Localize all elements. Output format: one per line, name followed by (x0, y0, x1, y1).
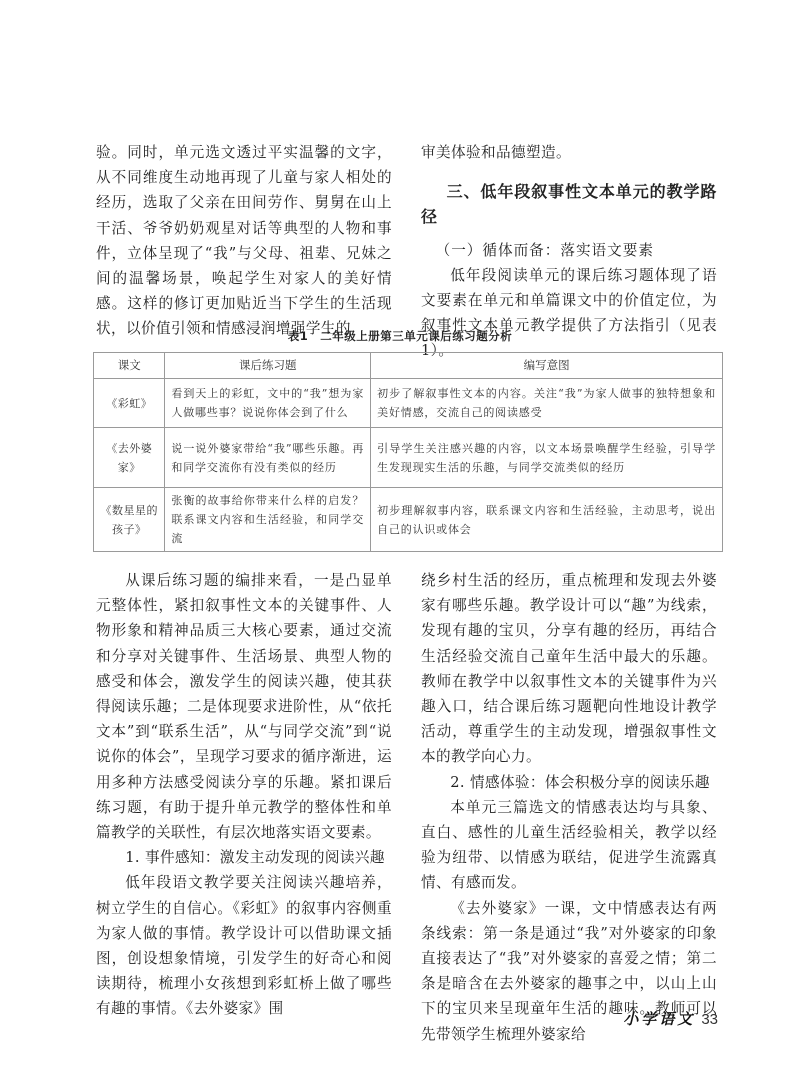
table-header-row: 课文 课后练习题 编写意图 (94, 353, 723, 379)
header-text: 课文 (94, 353, 165, 379)
body-paragraph-continuation: 审美体验和品德塑造。 (421, 140, 717, 165)
left-column-top: 验。同时，单元选文透过平实温馨的文字，从不同维度生动地再现了儿童与家人相处的经历… (96, 140, 392, 342)
subsection-heading: （一）循体而备：落实语文要素 (421, 238, 717, 263)
cell-intent: 引导学生关注感兴趣的内容，以文本场景唤醒学生经验，引导学生发现现实生活的乐趣，与… (371, 428, 723, 488)
header-intent: 编写意图 (371, 353, 723, 379)
body-paragraph: 低年段语文教学要关注阅读兴趣培养，树立学生的自信心。《彩虹》的叙事内容侧重为家人… (96, 870, 392, 1021)
cell-exercise: 说一说外婆家带给“我”哪些乐趣。再和同学交流你有没有类似的经历 (165, 428, 371, 488)
cell-intent: 初步了解叙事性文本的内容。关注“我”为家人做事的独特想象和美好情感，交流自己的阅… (371, 379, 723, 428)
right-column-bottom: 绕乡村生活的经历，重点梳理和发现去外婆家有哪些乐趣。教学设计可以“趣”为线索，发… (421, 568, 717, 1047)
cell-intent: 初步理解叙事内容，联系课文内容和生活经验，主动思考，说出自己的认识或体会 (371, 488, 723, 552)
cell-title: 《彩虹》 (94, 379, 165, 428)
exercise-analysis-table: 课文 课后练习题 编写意图 《彩虹》 看到天上的彩虹，文中的“我”想为家人做哪些… (93, 352, 723, 552)
left-column-bottom: 从课后练习题的编排来看，一是凸显单元整体性，紧扣叙事性文本的关键事件、人物形象和… (96, 568, 392, 1022)
journal-name: 小学语文 (623, 1008, 695, 1029)
table-caption: 表1 二年级上册第三单元课后练习题分析 (0, 328, 800, 344)
cell-exercise: 张衡的故事给你带来什么样的启发？联系课文内容和生活经验，和同学交流 (165, 488, 371, 552)
body-paragraph: 低年段阅读单元的课后练习题体现了语文要素在单元和单篇课文中的价值定位，为叙事性文… (421, 263, 717, 364)
section-heading: 三、低年段叙事性文本单元的教学路径 (421, 179, 717, 229)
body-paragraph: 从课后练习题的编排来看，一是凸显单元整体性，紧扣叙事性文本的关键事件、人物形象和… (96, 568, 392, 845)
cell-title: 《数星星的孩子》 (94, 488, 165, 552)
body-paragraph: 验。同时，单元选文透过平实温馨的文字，从不同维度生动地再现了儿童与家人相处的经历… (96, 140, 392, 342)
cell-title: 《去外婆家》 (94, 428, 165, 488)
table-row: 《彩虹》 看到天上的彩虹，文中的“我”想为家人做哪些事？说说你体会到了什么 初步… (94, 379, 723, 428)
table-row: 《数星星的孩子》 张衡的故事给你带来什么样的启发？联系课文内容和生活经验，和同学… (94, 488, 723, 552)
numbered-heading: 2. 情感体验：体会积极分享的阅读乐趣 (421, 770, 717, 795)
page-footer: 小学语文 33 (623, 1008, 718, 1029)
cell-exercise: 看到天上的彩虹，文中的“我”想为家人做哪些事？说说你体会到了什么 (165, 379, 371, 428)
body-paragraph-continuation: 绕乡村生活的经历，重点梳理和发现去外婆家有哪些乐趣。教学设计可以“趣”为线索，发… (421, 568, 717, 770)
table-row: 《去外婆家》 说一说外婆家带给“我”哪些乐趣。再和同学交流你有没有类似的经历 引… (94, 428, 723, 488)
page-number: 33 (701, 1011, 718, 1028)
numbered-heading: 1. 事件感知：激发主动发现的阅读兴趣 (96, 845, 392, 870)
body-paragraph: 本单元三篇选文的情感表达均与具象、直白、感性的儿童生活经验相关，教学以经验为纽带… (421, 795, 717, 896)
header-exercise: 课后练习题 (165, 353, 371, 379)
